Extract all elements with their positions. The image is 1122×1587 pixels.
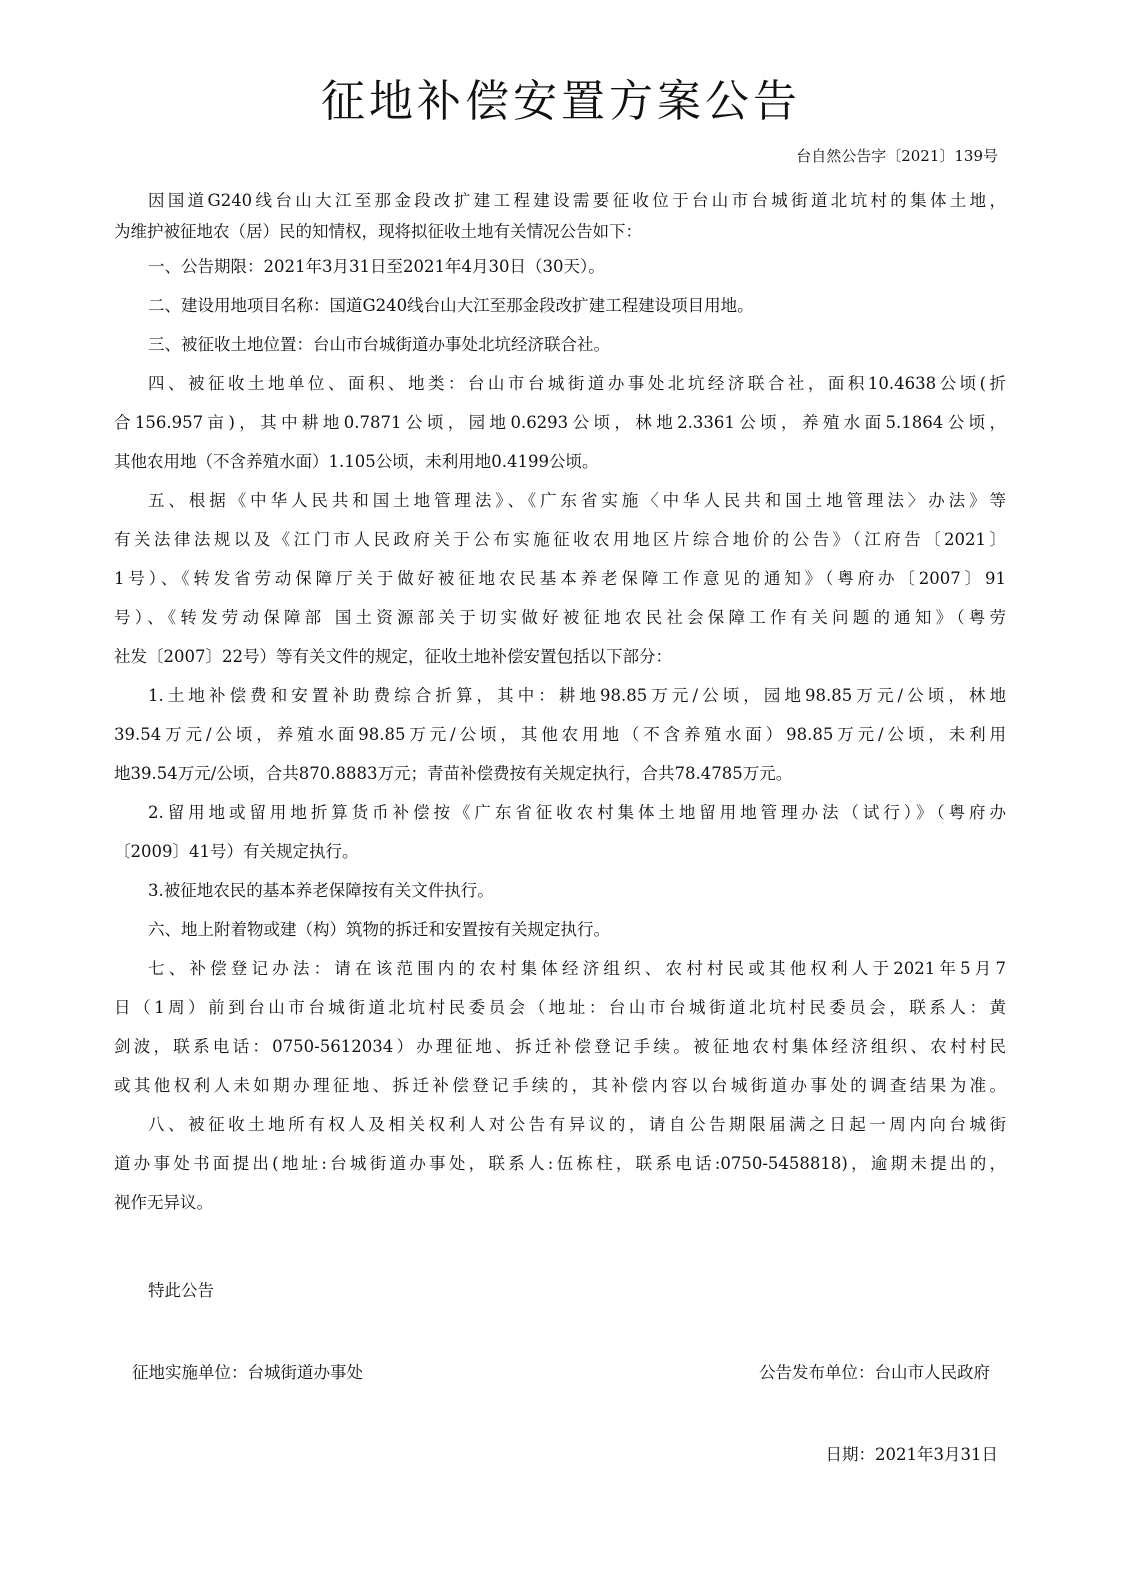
body-text-line: 八、被征收土地所有权人及相关权利人对公告有异议的，请自公告期限届满之日起一周内向…: [114, 1105, 1006, 1144]
notice-body: 因国道G240线台山大江至那金段改扩建工程建设需要征收位于台山市台城街道北坑村的…: [114, 185, 1006, 1222]
body-text-line: 号）、《转发劳动保障部 国土资源部关于切实做好被征地农民社会保障工作有关问题的通…: [114, 598, 1006, 637]
body-text-line: 〔2009〕41号）有关规定执行。: [114, 832, 1006, 871]
body-text-line: 其他农用地（不含养殖水面）1.105公顷，未利用地0.4199公顷。: [114, 442, 1006, 481]
body-text-line: 3.被征地农民的基本养老保障按有关文件执行。: [114, 871, 1006, 910]
body-text-line: 剑波，联系电话：0750-5612034）办理征地、拆迁补偿登记手续。被征地农村…: [114, 1027, 1006, 1066]
body-text-line: 2.留用地或留用地折算货币补偿按《广东省征收农村集体土地留用地管理办法（试行）》…: [114, 793, 1006, 832]
body-text-line: 五、根据《中华人民共和国土地管理法》、《广东省实施〈中华人民共和国土地管理法〉办…: [114, 481, 1006, 520]
document-number: 台自然公告字〔2021〕139号: [796, 144, 998, 168]
body-text-line: 视作无异议。: [114, 1183, 1006, 1222]
body-text-line: 社发〔2007〕22号）等有关文件的规定，征收土地补偿安置包括以下部分：: [114, 637, 1006, 676]
body-text-line: 有关法律法规以及《江门市人民政府关于公布实施征收农用地区片综合地价的公告》（江府…: [114, 520, 1006, 559]
body-text-line: 日（1周）前到台山市台城街道北坑村民委员会（地址：台山市台城街道北坑村民委员会，…: [114, 988, 1006, 1027]
body-text-line: 为维护被征地农（居）民的知情权，现将拟征收土地有关情况公告如下：: [114, 216, 1006, 247]
body-text-line: 七、补偿登记办法：请在该范围内的农村集体经济组织、农村村民或其他权利人于2021…: [114, 949, 1006, 988]
body-text-line: 道办事处书面提出(地址:台城街道办事处，联系人:伍栋柱，联系电话:0750-54…: [114, 1144, 1006, 1183]
body-text-line: 一、公告期限：2021年3月31日至2021年4月30日（30天）。: [114, 247, 1006, 286]
notice-date: 日期：2021年3月31日: [826, 1440, 999, 1470]
implementing-unit: 征地实施单位：台城街道办事处: [132, 1358, 363, 1388]
body-text-line: 或其他权利人未如期办理征地、拆迁补偿登记手续的，其补偿内容以台城街道办事处的调查…: [114, 1066, 1006, 1105]
body-text-line: 地39.54万元/公顷，合共870.8883万元；青苗补偿费按有关规定执行，合共…: [114, 754, 1006, 793]
publishing-unit: 公告发布单位：台山市人民政府: [759, 1358, 990, 1388]
body-text-line: 39.54万元/公顷，养殖水面98.85万元/公顷，其他农用地（不含养殖水面）9…: [114, 715, 1006, 754]
body-text-line: 六、地上附着物或建（构）筑物的拆迁和安置按有关规定执行。: [114, 910, 1006, 949]
body-text-line: 合156.957亩)，其中耕地0.7871公顷，园地0.6293公顷，林地2.3…: [114, 403, 1006, 442]
closing-text: 特此公告: [148, 1276, 214, 1306]
body-text-line: 1.土地补偿费和安置补助费综合折算，其中：耕地98.85万元/公顷，园地98.8…: [114, 676, 1006, 715]
body-text-line: 因国道G240线台山大江至那金段改扩建工程建设需要征收位于台山市台城街道北坑村的…: [114, 185, 1006, 216]
body-text-line: 三、被征收土地位置：台山市台城街道办事处北坑经济联合社。: [114, 325, 1006, 364]
body-text-line: 1号）、《转发省劳动保障厅关于做好被征地农民基本养老保障工作意见的通知》（粤府办…: [114, 559, 1006, 598]
notice-title: 征地补偿安置方案公告: [0, 72, 1122, 132]
body-text-line: 四、被征收土地单位、面积、地类：台山市台城街道办事处北坑经济联合社，面积10.4…: [114, 364, 1006, 403]
body-text-line: 二、建设用地项目名称：国道G240线台山大江至那金段改扩建工程建设项目用地。: [114, 286, 1006, 325]
